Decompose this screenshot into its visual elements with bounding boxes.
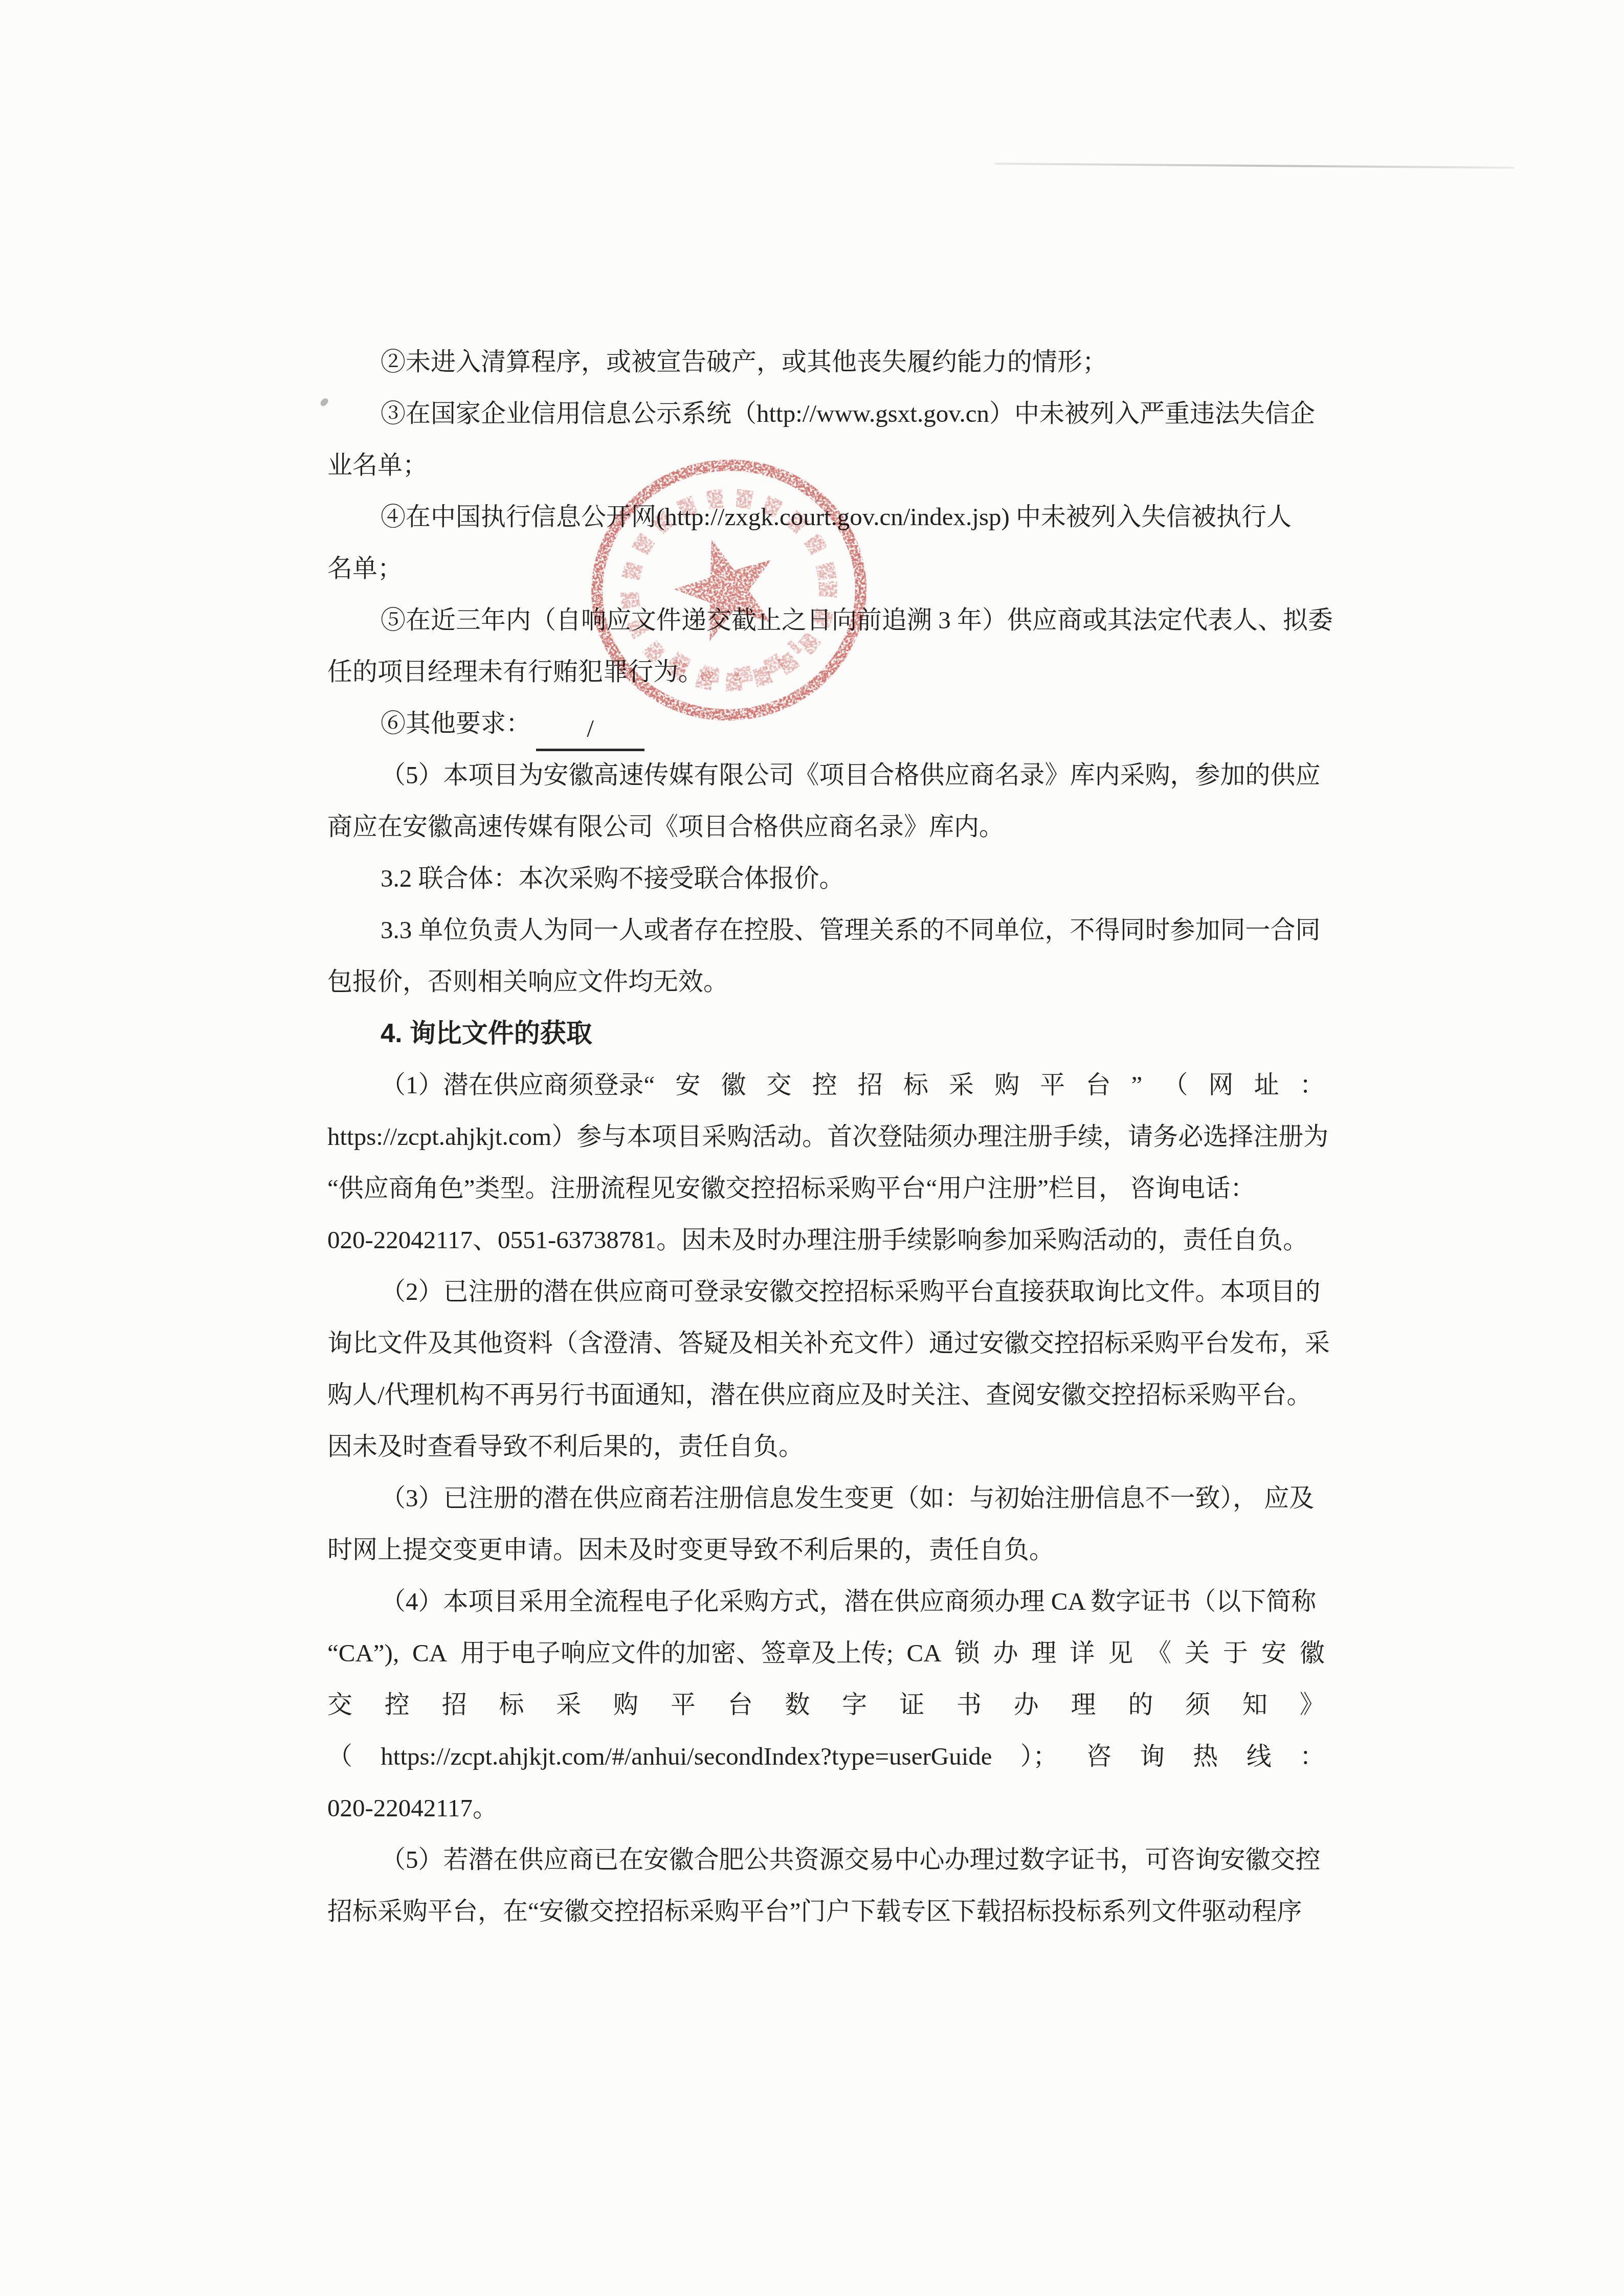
line-text: ②未进入清算程序，或被宣告破产，或其他丧失履约能力的情形； bbox=[381, 348, 1107, 376]
text-token: 控 bbox=[812, 1059, 837, 1111]
line-text: 4. 询比文件的获取 bbox=[381, 1019, 592, 1048]
text-token: 安 bbox=[1261, 1627, 1286, 1679]
text-line: （3）已注册的潜在供应商若注册信息发生变更（如：与初始注册信息不一致）， 应及 bbox=[327, 1472, 1325, 1524]
line-text: 因未及时查看导致不利后果的，责任自负。 bbox=[327, 1432, 804, 1460]
document-page: ②未进入清算程序，或被宣告破产，或其他丧失履约能力的情形；③在国家企业信用信息公… bbox=[0, 0, 1624, 2296]
text-token: 购 bbox=[994, 1059, 1019, 1111]
text-token: （ bbox=[327, 1730, 352, 1782]
line-text: 3.3 单位负责人为同一人或者存在控股、管理关系的不同单位，不得同时参加同一合同 bbox=[381, 916, 1321, 944]
text-token: 平 bbox=[671, 1679, 696, 1730]
line-text: （5）本项目为安徽高速传媒有限公司《项目合格供应商名录》库内采购，参加的供应 bbox=[381, 761, 1321, 789]
text-token: 标 bbox=[499, 1679, 524, 1730]
blank-field-value: / bbox=[536, 712, 644, 751]
text-line: ⑤在近三年内（自响应文件递交截止之日向前追溯 3 年）供应商或其法定代表人、拟委 bbox=[327, 594, 1325, 646]
line-text: 时网上提交变更申请。因未及时变更导致不利后果的，责任自负。 bbox=[327, 1536, 1054, 1564]
text-token: 锁 bbox=[955, 1627, 980, 1679]
line-text: “供应商角色”类型。注册流程见安徽交控招标采购平台“用户注册”栏目， 咨询电话： bbox=[327, 1174, 1255, 1202]
text-line: “CA”),CA用于电子响应文件的加密、签章及上传;CA锁办理详见《关于安徽 bbox=[327, 1627, 1325, 1679]
line-text: （4）本项目采用全流程电子化采购方式，潜在供应商须办理 CA 数字证书（以下简称 bbox=[381, 1587, 1316, 1615]
text-token: 理 bbox=[1071, 1679, 1096, 1730]
text-token: 的 bbox=[1128, 1679, 1153, 1730]
text-line: ⑥其他要求：/ bbox=[327, 697, 1325, 749]
line-text: https://zcpt.ahjkjt.com）参与本项目采购活动。首次登陆须办… bbox=[327, 1122, 1328, 1151]
text-token: 平 bbox=[1040, 1059, 1065, 1111]
text-line: 商应在安徽高速传媒有限公司《项目合格供应商名录》库内。 bbox=[327, 801, 1325, 852]
text-token: 安 bbox=[675, 1059, 700, 1111]
text-token: 台 bbox=[728, 1679, 753, 1730]
text-token: 详 bbox=[1070, 1627, 1095, 1679]
text-line: （4）本项目采用全流程电子化采购方式，潜在供应商须办理 CA 数字证书（以下简称 bbox=[327, 1575, 1325, 1627]
text-token: 交 bbox=[767, 1059, 792, 1111]
text-token: ）； bbox=[1020, 1730, 1058, 1782]
text-line: “供应商角色”类型。注册流程见安徽交控招标采购平台“用户注册”栏目， 咨询电话： bbox=[327, 1162, 1325, 1214]
text-token: 用于电子响应文件的加密、签章及上传; bbox=[460, 1627, 894, 1679]
text-line: 业名单； bbox=[327, 439, 1325, 491]
line-text: 购人/代理机构不再另行书面通知，潜在供应商应及时关注、查阅安徽交控招标采购平台。 bbox=[327, 1381, 1312, 1409]
text-line: 招标采购平台，在“安徽交控招标采购平台”门户下载专区下载招标投标系列文件驱动程序 bbox=[327, 1885, 1325, 1937]
text-token: 关 bbox=[1185, 1627, 1210, 1679]
text-token: （1）潜在供应商须登录“ bbox=[381, 1059, 655, 1111]
text-token: 台 bbox=[1085, 1059, 1110, 1111]
text-line: 询比文件及其他资料（含澄清、答疑及相关补充文件）通过安徽交控招标采购平台发布，采 bbox=[327, 1317, 1325, 1369]
line-text: （5）若潜在供应商已在安徽合肥公共资源交易中心办理过数字证书，可咨询安徽交控 bbox=[381, 1845, 1321, 1874]
text-token: “CA”), bbox=[327, 1627, 399, 1679]
line-text: （2）已注册的潜在供应商可登录安徽交控招标采购平台直接获取询比文件。本项目的 bbox=[381, 1277, 1321, 1305]
text-token: 知 bbox=[1242, 1679, 1267, 1730]
text-token: 标 bbox=[903, 1059, 928, 1111]
scan-artifact-line bbox=[995, 163, 1514, 169]
text-line: 交控招标采购平台数字证书办理的须知》 bbox=[327, 1679, 1325, 1730]
line-text: 招标采购平台，在“安徽交控招标采购平台”门户下载专区下载招标投标系列文件驱动程序 bbox=[327, 1897, 1302, 1925]
text-line: https://zcpt.ahjkjt.com）参与本项目采购活动。首次登陆须办… bbox=[327, 1111, 1325, 1162]
text-token: 热 bbox=[1193, 1730, 1218, 1782]
text-token: 询 bbox=[1140, 1730, 1165, 1782]
text-block: ②未进入清算程序，或被宣告破产，或其他丧失履约能力的情形；③在国家企业信用信息公… bbox=[327, 336, 1325, 1937]
text-token: 址 bbox=[1254, 1059, 1279, 1111]
text-line: 任的项目经理未有行贿犯罪行为。 bbox=[327, 646, 1325, 697]
text-line: （2）已注册的潜在供应商可登录安徽交控招标采购平台直接获取询比文件。本项目的 bbox=[327, 1266, 1325, 1317]
text-line: （1）潜在供应商须登录“安徽交控招标采购平台”（网址： bbox=[327, 1059, 1325, 1111]
text-line: （5）若潜在供应商已在安徽合肥公共资源交易中心办理过数字证书，可咨询安徽交控 bbox=[327, 1834, 1325, 1885]
text-token: 字 bbox=[842, 1679, 867, 1730]
text-line: ②未进入清算程序，或被宣告破产，或其他丧失履约能力的情形； bbox=[327, 336, 1325, 388]
text-token: 书 bbox=[956, 1679, 982, 1730]
text-token: 招 bbox=[442, 1679, 467, 1730]
text-line: 购人/代理机构不再另行书面通知，潜在供应商应及时关注、查阅安徽交控招标采购平台。 bbox=[327, 1369, 1325, 1421]
text-line: （https://zcpt.ahjkjt.com/#/anhui/secondI… bbox=[327, 1730, 1325, 1782]
text-token: 于 bbox=[1223, 1627, 1248, 1679]
text-line: 020-22042117、0551-63738781。因未及时办理注册手续影响参… bbox=[327, 1214, 1325, 1266]
line-text: 名单； bbox=[327, 554, 403, 582]
text-token: 证 bbox=[899, 1679, 924, 1730]
text-line: ④在中国执行信息公开网(http://zxgk.court.gov.cn/ind… bbox=[327, 491, 1325, 543]
text-token: 》 bbox=[1300, 1679, 1325, 1730]
line-text: （3）已注册的潜在供应商若注册信息发生变更（如：与初始注册信息不一致）， 应及 bbox=[381, 1484, 1314, 1512]
text-token: 控 bbox=[385, 1679, 410, 1730]
text-token: 《 bbox=[1146, 1627, 1171, 1679]
text-token: 徽 bbox=[1300, 1627, 1325, 1679]
line-text: 业名单； bbox=[327, 451, 428, 479]
text-line: ③在国家企业信用信息公示系统（http://www.gsxt.gov.cn）中未… bbox=[327, 388, 1325, 439]
text-token: 线 bbox=[1247, 1730, 1272, 1782]
line-text: ③在国家企业信用信息公示系统（http://www.gsxt.gov.cn）中未… bbox=[381, 399, 1315, 427]
text-line: 名单； bbox=[327, 543, 1325, 594]
text-token: 见 bbox=[1108, 1627, 1133, 1679]
text-token: 办 bbox=[993, 1627, 1018, 1679]
text-token: 购 bbox=[613, 1679, 638, 1730]
text-line: 020-22042117。 bbox=[327, 1782, 1325, 1834]
text-token: （ bbox=[1163, 1059, 1188, 1111]
line-text: 商应在安徽高速传媒有限公司《项目合格供应商名录》库内。 bbox=[327, 813, 1004, 841]
text-line: （5）本项目为安徽高速传媒有限公司《项目合格供应商名录》库内采购，参加的供应 bbox=[327, 749, 1325, 801]
text-line: 3.3 单位负责人为同一人或者存在控股、管理关系的不同单位，不得同时参加同一合同 bbox=[327, 904, 1325, 956]
line-text: 任的项目经理未有行贿犯罪行为。 bbox=[327, 658, 703, 686]
text-token: CA bbox=[412, 1627, 447, 1679]
text-line: 3.2 联合体：本次采购不接受联合体报价。 bbox=[327, 852, 1325, 904]
text-token: ： bbox=[1300, 1730, 1325, 1782]
text-token: https://zcpt.ahjkjt.com/#/anhui/secondIn… bbox=[381, 1730, 992, 1782]
text-line: 时网上提交变更申请。因未及时变更导致不利后果的，责任自负。 bbox=[327, 1524, 1325, 1575]
line-text: ⑥其他要求： bbox=[381, 709, 531, 737]
text-token: ： bbox=[1300, 1059, 1325, 1111]
text-token: 数 bbox=[785, 1679, 810, 1730]
line-text: 020-22042117、0551-63738781。因未及时办理注册手续影响参… bbox=[327, 1226, 1308, 1254]
line-text: 3.2 联合体：本次采购不接受联合体报价。 bbox=[381, 864, 844, 892]
text-token: 网 bbox=[1209, 1059, 1234, 1111]
line-text: 包报价，否则相关响应文件均无效。 bbox=[327, 967, 728, 996]
text-token: 交 bbox=[327, 1679, 352, 1730]
line-text: 020-22042117。 bbox=[327, 1794, 498, 1822]
line-text: 询比文件及其他资料（含澄清、答疑及相关补充文件）通过安徽交控招标采购平台发布，采 bbox=[327, 1329, 1330, 1357]
text-token: ” bbox=[1131, 1059, 1143, 1111]
text-token: 理 bbox=[1031, 1627, 1056, 1679]
text-token: 招 bbox=[858, 1059, 883, 1111]
text-token: 采 bbox=[949, 1059, 974, 1111]
text-token: 须 bbox=[1185, 1679, 1210, 1730]
text-line: 因未及时查看导致不利后果的，责任自负。 bbox=[327, 1421, 1325, 1472]
line-text: ④在中国执行信息公开网(http://zxgk.court.gov.cn/ind… bbox=[381, 503, 1292, 531]
text-line: 包报价，否则相关响应文件均无效。 bbox=[327, 956, 1325, 1007]
section-heading: 4. 询比文件的获取 bbox=[327, 1007, 1325, 1059]
line-text: ⑤在近三年内（自响应文件递交截止之日向前追溯 3 年）供应商或其法定代表人、拟委 bbox=[381, 606, 1333, 634]
text-token: 采 bbox=[556, 1679, 581, 1730]
text-token: 徽 bbox=[721, 1059, 746, 1111]
text-token: 咨 bbox=[1086, 1730, 1111, 1782]
text-token: 办 bbox=[1014, 1679, 1039, 1730]
text-token: CA bbox=[907, 1627, 942, 1679]
